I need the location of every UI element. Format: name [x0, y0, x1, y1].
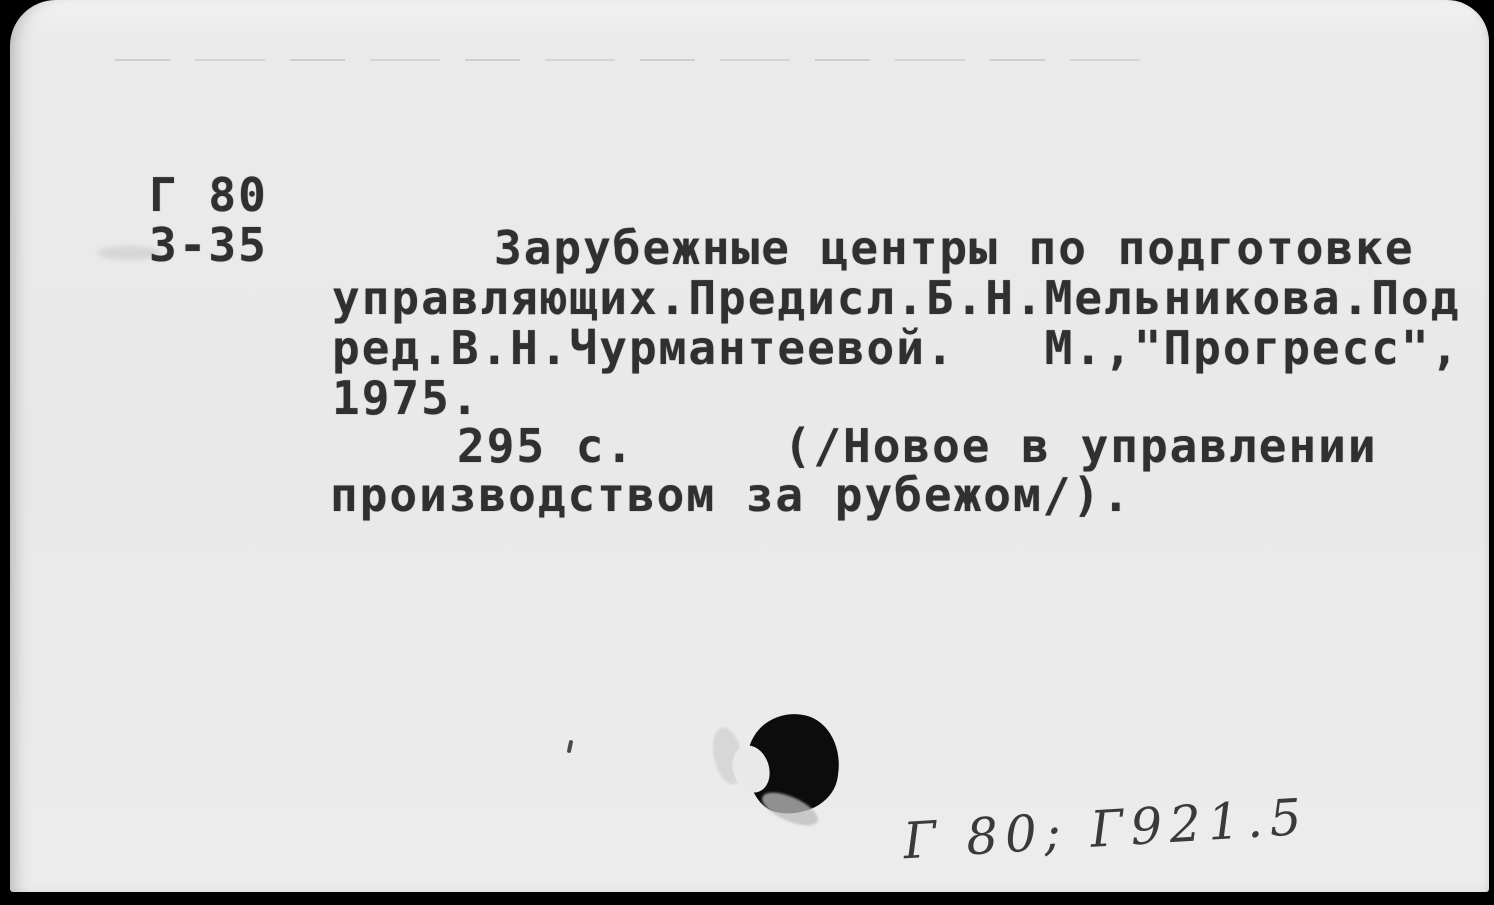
- title-line: Зарубежные центры по подготовке: [494, 221, 1415, 275]
- call-number-author-mark: 3-35: [149, 218, 268, 272]
- year-line: 1975.: [332, 371, 480, 425]
- ink-blot: [700, 705, 860, 835]
- ink-speck: [567, 740, 574, 754]
- call-number-class: Г 80: [149, 168, 268, 222]
- card-scratch-line: [115, 59, 1150, 61]
- pages-series-line: 295 с. (/Новое в управлении: [457, 419, 1378, 473]
- scan-background: Г 80 3-35 Зарубежные центры по подготовк…: [0, 0, 1494, 905]
- entry-line: управляющих.Предисл.Б.Н.Мельникова.Под: [332, 271, 1460, 325]
- entry-line: ред.В.Н.Чурмантеевой. М.,"Прогресс",: [332, 321, 1460, 375]
- catalog-card: Г 80 3-35 Зарубежные центры по подготовк…: [10, 0, 1489, 892]
- series-line: производством за рубежом/).: [330, 468, 1132, 522]
- handwritten-classification: Г 80; Г921.5: [902, 788, 1310, 871]
